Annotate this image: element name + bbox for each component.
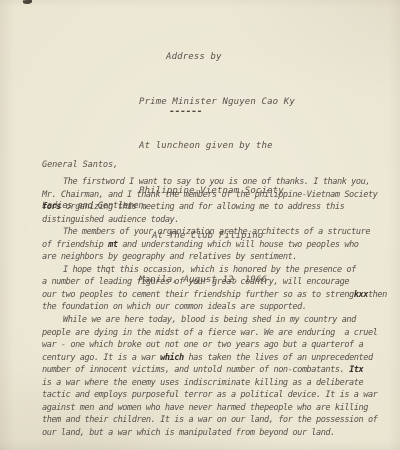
salutation-line: General Santos, [42,159,149,173]
body-line: number of innocent victims, and untold n… [42,364,382,377]
body-line: The members of your organization arethe … [42,226,382,239]
overstrike-correction: mt [108,240,117,250]
scanned-document-page: Address by Prime Minister Nguyen Cao Ky … [0,0,400,450]
body-line: Mr. Chairman, and I thank the members of… [42,189,382,202]
overstrike-correction: fors [42,202,61,212]
body-line: fors organizing this meeting and for all… [42,201,382,214]
body-line: a number of leading figures of your grea… [42,276,382,289]
body-line: people are dying in the midst of a fierc… [42,327,382,340]
overstrike-correction: kxx [354,290,368,300]
title-line: Prime Minister Nguyen Cao Ky [139,95,295,110]
body-line: The firstword I want to say to you is on… [42,176,382,189]
title-line: Address by [139,50,295,65]
overstrike-correction: Itx [349,365,363,375]
body-line: against men and women who have never har… [42,402,382,415]
body-line: I hope thqt this occasion, which is hono… [42,264,382,277]
overstrike-correction: which [160,353,184,363]
body-line: our two peoples to cement their friendsh… [42,289,382,302]
body-line: tactic and employs purposeful terror as … [42,389,382,402]
body-line: our land, but a war which is manipulated… [42,427,382,440]
dash-separator: ------ [169,106,202,117]
body-line: them and their children. It is a war on … [42,414,382,427]
body-line: is a war where the enemy uses indiscrimi… [42,377,382,390]
speech-body: The firstword I want to say to you is on… [42,176,382,439]
title-line: At luncheon given by the [139,139,295,154]
body-line: century ago. It is a war which has taken… [42,352,382,365]
paper-speck [23,0,32,4]
body-line: While we are here today, blood is being … [42,314,382,327]
body-line: of friendship mt and understanding which… [42,239,382,252]
body-line: are neighbors by geography and relatives… [42,251,382,264]
body-line: the foundation on which our common ideal… [42,301,382,314]
body-line: distinguished audience today. [42,214,382,227]
body-line: war - one which broke out not one or two… [42,339,382,352]
